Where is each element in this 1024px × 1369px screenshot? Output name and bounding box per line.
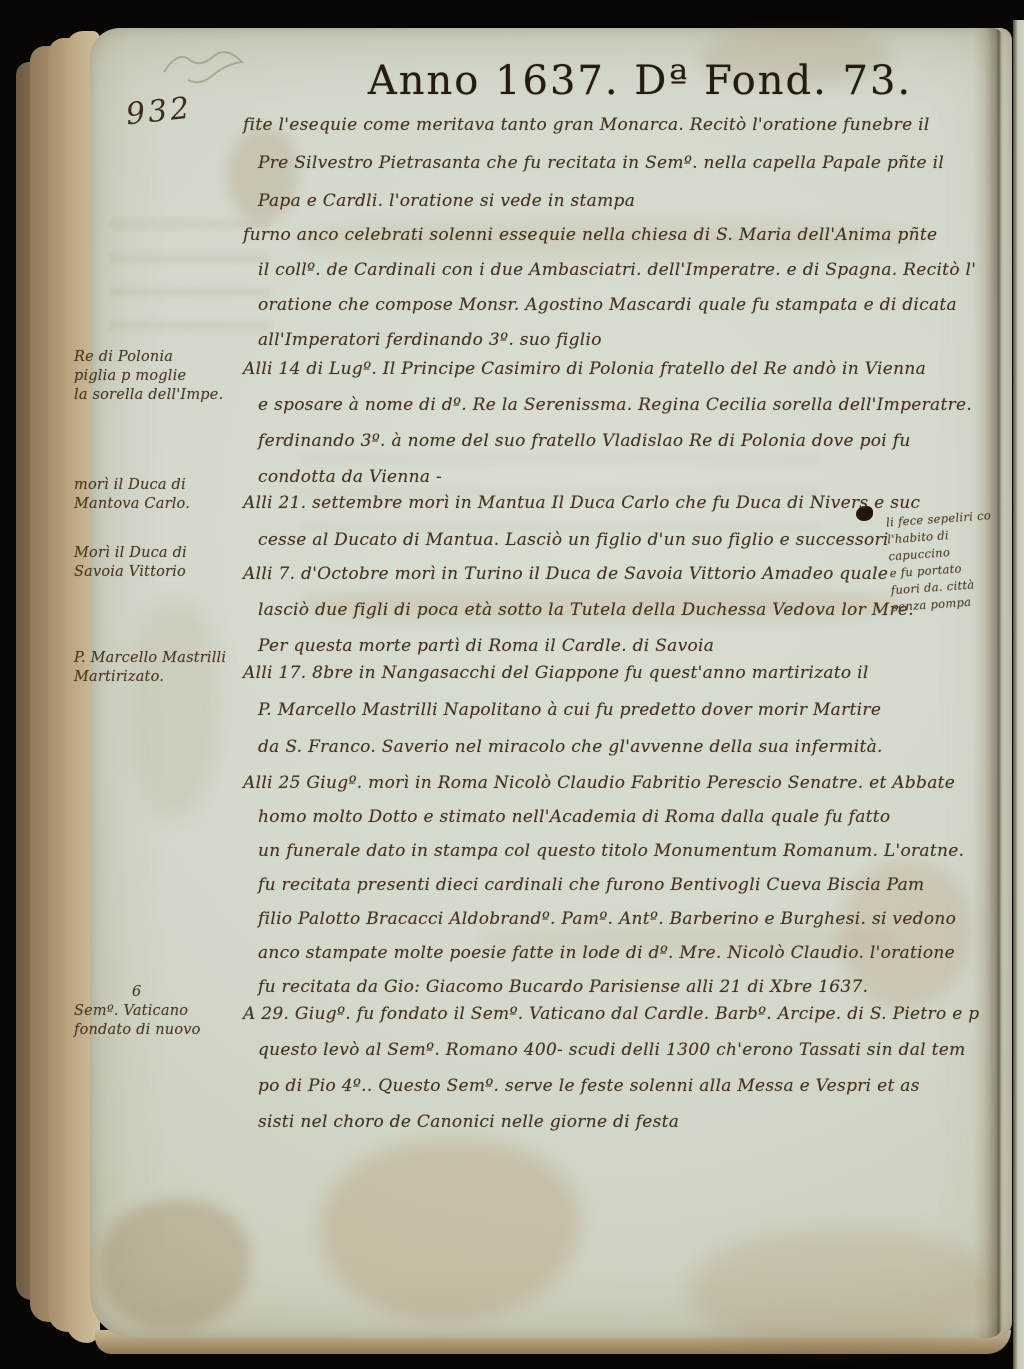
manuscript-line: Alli 17. 8bre in Nangasacchi del Giappon… bbox=[243, 655, 953, 692]
folio-number: 932 bbox=[124, 91, 194, 133]
manuscript-line: fu recitata presenti dieci cardinali che… bbox=[243, 868, 953, 902]
margin-note: Morì il Duca diSavoia Vittorio bbox=[74, 544, 239, 582]
manuscript-line: un funerale dato in stampa col questo ti… bbox=[243, 834, 953, 868]
margin-note-line: 6 bbox=[74, 983, 239, 1002]
manuscript-line: filio Palotto Bracacci Aldobrandº. Pamº.… bbox=[243, 902, 953, 936]
margin-note: morì il Duca diMantova Carlo. bbox=[74, 476, 239, 514]
manuscript-line: homo molto Dotto e stimato nell'Academia… bbox=[243, 800, 953, 834]
manuscript-line: fite l'esequie come meritava tanto gran … bbox=[243, 106, 953, 144]
manuscript-paragraph: Alli 14 di Lugº. Il Principe Casimiro di… bbox=[243, 351, 953, 495]
manuscript-line: oratione che compose Monsr. Agostino Mas… bbox=[243, 288, 953, 323]
margin-note-line: la sorella dell'Impe. bbox=[74, 386, 239, 405]
manuscript-paragraph: Alli 21. settembre morì in Mantua Il Duc… bbox=[243, 485, 953, 559]
manuscript-line: e sposare à nome di dº. Re la Serenissma… bbox=[243, 387, 953, 423]
manuscript-line: ferdinando 3º. à nome del suo fratello V… bbox=[243, 423, 953, 459]
manuscript-line: Alli 7. d'Octobre morì in Turino il Duca… bbox=[243, 556, 953, 592]
margin-note: P. Marcello MastrilliMartirizato. bbox=[74, 649, 239, 687]
manuscript-line: A 29. Giugº. fu fondato il Semº. Vatican… bbox=[243, 996, 953, 1032]
right-margin-note: li fece sepeliri col'habito dicapuccinoe… bbox=[886, 506, 1017, 616]
margin-note-line: Morì il Duca di bbox=[74, 544, 239, 563]
manuscript-paragraph: Alli 25 Giugº. morì in Roma Nicolò Claud… bbox=[243, 766, 953, 1004]
margin-note-line: morì il Duca di bbox=[74, 476, 239, 495]
manuscript-paragraph: furno anco celebrati solenni essequie ne… bbox=[243, 218, 953, 358]
manuscript-line: Papa e Cardli. l'oratione si vede in sta… bbox=[243, 182, 953, 220]
margin-note-line: Martirizato. bbox=[74, 668, 239, 687]
manuscript-line: Alli 21. settembre morì in Mantua Il Duc… bbox=[243, 485, 953, 522]
manuscript-line: da S. Franco. Saverio nel miracolo che g… bbox=[243, 729, 953, 766]
margin-note: Re di Poloniapiglia p mogliela sorella d… bbox=[74, 348, 239, 405]
manuscript-line: cesse al Ducato di Mantua. Lasciò un fig… bbox=[243, 522, 953, 559]
margin-note-line: Semº. Vaticano bbox=[74, 1002, 239, 1021]
manuscript-line: P. Marcello Mastrilli Napolitano à cui f… bbox=[243, 692, 953, 729]
adjacent-page-sliver bbox=[1013, 20, 1024, 1369]
page-header-title: Anno 1637. Dª Fond. 73. bbox=[360, 58, 920, 104]
manuscript-paragraph: A 29. Giugº. fu fondato il Semº. Vatican… bbox=[243, 996, 953, 1140]
margin-note-line: Savoia Vittorio bbox=[74, 563, 239, 582]
manuscript-line: sisti nel choro de Canonici nelle giorne… bbox=[243, 1104, 953, 1140]
photo-backdrop: { "page": { "header_title": "Anno 1637. … bbox=[0, 0, 1024, 1369]
manuscript-line: Alli 14 di Lugº. Il Principe Casimiro di… bbox=[243, 351, 953, 387]
manuscript-line: anco stampate molte poesie fatte in lode… bbox=[243, 936, 953, 970]
manuscript-line: furno anco celebrati solenni essequie ne… bbox=[243, 218, 953, 253]
margin-note-line: P. Marcello Mastrilli bbox=[74, 649, 239, 668]
ink-scribble bbox=[158, 42, 248, 90]
manuscript-line: lasciò due figli di poca età sotto la Tu… bbox=[243, 592, 953, 628]
manuscript-paragraph: fite l'esequie come meritava tanto gran … bbox=[243, 106, 953, 220]
manuscript-line: po di Pio 4º.. Questo Semº. serve le fes… bbox=[243, 1068, 953, 1104]
margin-note-line: Mantova Carlo. bbox=[74, 495, 239, 514]
margin-note-line: Re di Polonia bbox=[74, 348, 239, 367]
manuscript-line: il collº. de Cardinali con i due Ambasci… bbox=[243, 253, 953, 288]
manuscript-line: Alli 25 Giugº. morì in Roma Nicolò Claud… bbox=[243, 766, 953, 800]
manuscript-line: questo levò al Semº. Romano 400- scudi d… bbox=[243, 1032, 953, 1068]
binding-gutter-shadow bbox=[974, 28, 1004, 1338]
margin-note: 6Semº. Vaticanofondato di nuovo bbox=[74, 983, 239, 1040]
manuscript-paragraph: Alli 7. d'Octobre morì in Turino il Duca… bbox=[243, 556, 953, 664]
margin-note-line: piglia p moglie bbox=[74, 367, 239, 386]
margin-note-line: fondato di nuovo bbox=[74, 1021, 239, 1040]
manuscript-paragraph: Alli 17. 8bre in Nangasacchi del Giappon… bbox=[243, 655, 953, 766]
manuscript-line: Pre Silvestro Pietrasanta che fu recitat… bbox=[243, 144, 953, 182]
